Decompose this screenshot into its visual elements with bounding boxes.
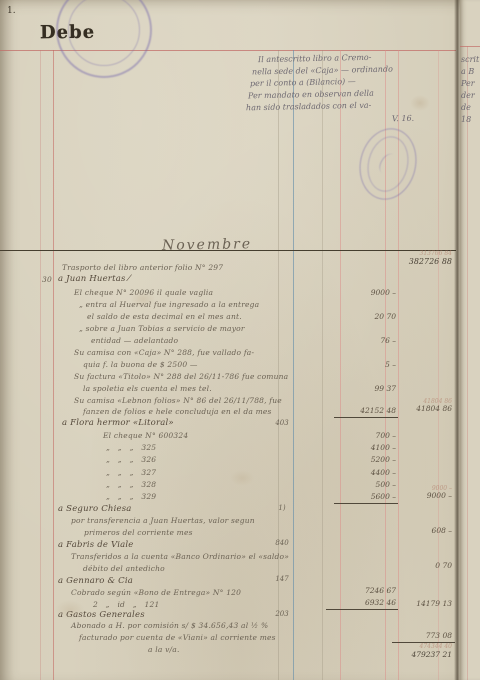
adjacent-text-fragment: scrit [461,56,479,64]
folio-ref: 403 [272,420,292,427]
folio-ref: 840 [272,540,292,547]
ledger-line: a la v/a. [148,646,180,654]
adjacent-margin-rule [467,46,468,680]
amount-cell: 700 – [334,432,396,440]
ledger-page-scan: 1. Debe Il antescritto libro a Cremo- ne… [0,0,480,680]
amount-cell: 5200 – [334,456,396,464]
total: 479237 21 [392,651,452,659]
amount-cell: 773 08 [400,632,452,640]
sum-underline-1 [334,417,398,418]
amount-cell: 0 70 [400,562,452,570]
ledger-line: por transferencia a Juan Huertas, valor … [71,517,255,525]
amount-cell: 608 – [400,527,452,535]
adjacent-text-fragment: de [461,104,471,112]
adjacent-text-fragment: 18 [461,116,471,124]
ledger-line: entidad — adelantado [91,337,178,345]
ledger-line: facturado por cuenta de «Viani» al corri… [79,634,276,642]
amount-cell: 4400 – [334,469,396,477]
ledger-line: el saldo de esta decimal en el mes ant. [87,313,242,321]
sum-underline-2 [334,503,398,504]
ledger-line: primeros del corriente mes [84,529,193,537]
stamp-inner-ring [68,0,140,66]
left-margin-rule-faint [40,50,41,680]
amount-cell: 500 – [334,481,396,489]
ledger-line: „ „ „ 328 [106,481,156,489]
amount-cell: 5600 – [334,493,396,501]
page-number: 1. [7,6,16,16]
adjacent-text-fragment: der [461,92,475,100]
account-name: a Gennaro & Cia [58,577,133,586]
ledger-line: Cobrado según «Bono de Entrega» N° 120 [71,589,241,597]
folio-ref: 1) [272,505,292,512]
folio-ref: 203 [272,611,292,618]
ledger-line: Su camisa con «Caja» N° 288, fue vallado… [74,349,254,357]
amount-cell: 41804 86 [400,405,452,413]
amount-cell: 5 – [334,361,396,369]
ledger-line: Su camisa «Lebnon folios» N° 86 del 26/1… [74,397,282,405]
account-name: a Fabris de Viale [58,541,134,550]
ledger-line: „ sobre a Juan Tobias a servicio de mayo… [79,325,245,333]
account-name: a Gastos Generales [58,611,145,620]
amount-cell: 6932 46 [326,599,396,607]
ledger-line: quia f. la buona de $ 2500 — [83,361,198,369]
marginal-note-line: V. 16. [392,115,414,123]
amount-cell: 9000 – [400,492,452,500]
month-header: Novembre [162,236,252,254]
adjacent-text-fragment: a B [461,68,474,76]
ledger-line: Abonado a H. por comisión s/ $ 34.656,43… [71,622,268,630]
amount-cell: 9000 – [334,289,396,297]
ledger-line: 2 „ id „ 121 [93,601,159,609]
adjacent-red-rule [460,46,480,47]
blue-column-rule [293,50,294,680]
amount-cell: 99 37 [334,385,396,393]
ledger-line: El cheque N° 600324 [103,432,188,440]
ledger-line: „ „ „ 325 [106,444,156,452]
sum-underline-3 [326,609,398,610]
amount-cell: 42152 48 [330,407,396,415]
ledger-line: El cheque N° 20096 il quale vaglia [74,289,213,297]
pink-column-rule-4 [438,50,439,680]
ledger-line: la spoletia els cuenta el mes tel. [83,385,212,393]
account-name: a Flora hermor «Litoral» [62,419,174,428]
folio-column-rule [278,50,279,680]
left-margin-rule [53,50,54,680]
ledger-line: „ entra al Huerval fue ingresado a la en… [79,301,259,309]
ledger-line: „ „ „ 326 [106,456,156,464]
ledger-line: fanzen de folios e hele concluduja en el… [83,408,272,416]
ledger-line: „ „ „ 329 [106,493,156,501]
account-name: a Seguro Chiesa [58,505,132,514]
gray-column-rule [322,50,323,680]
amount-cell: 14179 13 [396,600,452,608]
ledger-line: Trasporto del libro anterior folio N° 29… [62,264,223,272]
amount-cell: 76 – [334,337,396,345]
amount-cell: 20 70 [334,313,396,321]
amount-cell: 7246 67 [334,587,396,595]
adjacent-page-edge [460,0,480,680]
ledger-line: Transferidos a la cuenta «Banco Ordinari… [71,553,289,561]
ledger-line: Su factura «Titolo» N° 288 del 26/11-786… [74,373,288,381]
folio-ref: 147 [272,576,292,583]
amount-cell: 4100 – [334,444,396,452]
date-cell: 30 [42,276,52,284]
carryover-total: 382726 88 [396,258,452,266]
ledger-line: débito del antedicho [83,565,165,573]
ledger-line: „ „ „ 327 [106,469,156,477]
adjacent-text-fragment: Per [461,80,475,88]
account-name: a Juan Huertas ⁄ [58,275,130,284]
